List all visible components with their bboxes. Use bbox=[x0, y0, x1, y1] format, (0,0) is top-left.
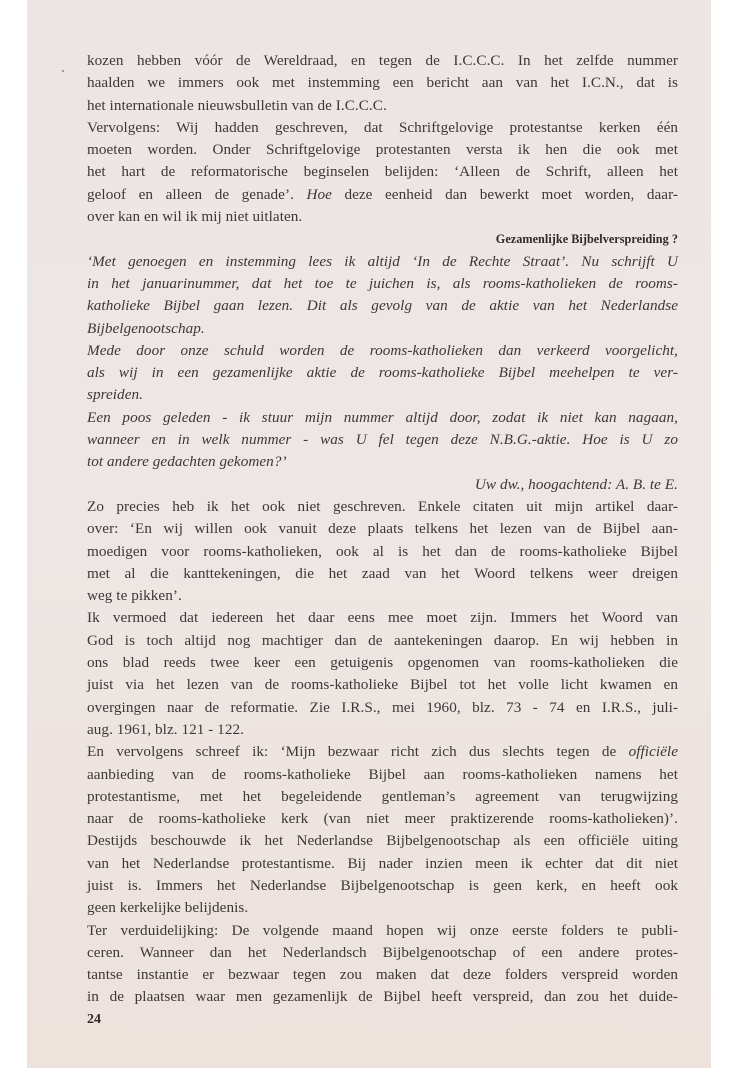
paragraph: kozen hebben vóór de Wereldraad, en tege… bbox=[87, 50, 678, 117]
text-line: aanbieding van de rooms-katholieke Bijbe… bbox=[87, 764, 678, 786]
text-line: ‘Met genoegen en instemming lees ik alti… bbox=[87, 251, 678, 273]
emphasis: Hoe bbox=[306, 186, 331, 203]
page-body: kozen hebben vóór de Wereldraad, en tege… bbox=[87, 50, 678, 1031]
paragraph: ‘Met genoegen en instemming lees ik alti… bbox=[87, 251, 678, 340]
text-line: van het Nederlandse protestantisme. Bij … bbox=[87, 853, 678, 875]
text-line: geloof en alleen de genade’. Hoe deze ee… bbox=[87, 184, 678, 206]
text-line: protestantisme, met het begeleidende gen… bbox=[87, 786, 678, 808]
text-line: haalden we immers ook met instemming een… bbox=[87, 72, 678, 94]
text-line: weg te pikken’. bbox=[87, 585, 678, 607]
text-line: kozen hebben vóór de Wereldraad, en tege… bbox=[87, 50, 678, 72]
text-line: overgingen naar de reformatie. Zie I.R.S… bbox=[87, 697, 678, 719]
text-line: Mede door onze schuld worden de rooms-ka… bbox=[87, 340, 678, 362]
paragraph: Een poos geleden - ik stuur mijn nummer … bbox=[87, 407, 678, 474]
text-line: spreiden. bbox=[87, 384, 678, 406]
editor-reply: Zo precies heb ik het ook niet geschreve… bbox=[87, 496, 678, 1009]
text-line: over kan en wil ik mij niet uitlaten. bbox=[87, 206, 678, 228]
text-line: ceren. Wanneer dan het Nederlandsch Bijb… bbox=[87, 942, 678, 964]
text-line: als wij in een gezamenlijke aktie de roo… bbox=[87, 362, 678, 384]
text-line: tantse instantie er bezwaar tegen zou ma… bbox=[87, 964, 678, 986]
text-line: ons blad reeds twee keer een getuigenis … bbox=[87, 652, 678, 674]
text-line: juist is. Immers het Nederlandse Bijbelg… bbox=[87, 875, 678, 897]
text-line: En vervolgens schreef ik: ‘Mijn bezwaar … bbox=[87, 741, 678, 763]
text-line: het internationale nieuwsbulletin van de… bbox=[87, 95, 678, 117]
text-line: Bijbelgenootschap. bbox=[87, 318, 678, 340]
text-line: Vervolgens: Wij hadden geschreven, dat S… bbox=[87, 117, 678, 139]
intro-paragraphs: kozen hebben vóór de Wereldraad, en tege… bbox=[87, 50, 678, 228]
text-line: Een poos geleden - ik stuur mijn nummer … bbox=[87, 407, 678, 429]
text-line: over: ‘En wij willen ook vanuit deze pla… bbox=[87, 518, 678, 540]
text-line: wanneer en in welk nummer - was U fel te… bbox=[87, 429, 678, 451]
text-line: het hart de reformatorische beginselen b… bbox=[87, 161, 678, 183]
paragraph: Zo precies heb ik het ook niet geschreve… bbox=[87, 496, 678, 607]
text-line: aug. 1961, blz. 121 - 122. bbox=[87, 719, 678, 741]
paragraph: Ter verduidelijking: De volgende maand h… bbox=[87, 920, 678, 1009]
text-line: juist via het lezen van de rooms-katholi… bbox=[87, 674, 678, 696]
text-line: in de plaatsen waar men gezamenlijk de B… bbox=[87, 986, 678, 1008]
paragraph: Ik vermoed dat iedereen het daar eens me… bbox=[87, 607, 678, 741]
text-line: Ik vermoed dat iedereen het daar eens me… bbox=[87, 607, 678, 629]
reader-letter: ‘Met genoegen en instemming lees ik alti… bbox=[87, 251, 678, 474]
text-line: God is toch altijd nog machtiger dan de … bbox=[87, 630, 678, 652]
text-line: katholieke Bijbel gaan lezen. Dit als ge… bbox=[87, 295, 678, 317]
text-line: moeten worden. Onder Schriftgelovige pro… bbox=[87, 139, 678, 161]
text-line: Destijds beschouwde ik het Nederlandse B… bbox=[87, 830, 678, 852]
text-line: Ter verduidelijking: De volgende maand h… bbox=[87, 920, 678, 942]
section-heading: Gezamenlijke Bijbelverspreiding ? bbox=[87, 228, 678, 250]
text-line: tot andere gedachten gekomen?’ bbox=[87, 451, 678, 473]
text-line: moedigen voor rooms-katholieken, ook al … bbox=[87, 541, 678, 563]
paragraph: Mede door onze schuld worden de rooms-ka… bbox=[87, 340, 678, 407]
paragraph: En vervolgens schreef ik: ‘Mijn bezwaar … bbox=[87, 741, 678, 919]
page-number: 24 bbox=[87, 1009, 678, 1031]
text-line: in het januarinummer, dat het toe te jui… bbox=[87, 273, 678, 295]
paper-speck bbox=[62, 70, 64, 72]
text-line: Zo precies heb ik het ook niet geschreve… bbox=[87, 496, 678, 518]
text-line: met al die kanttekeningen, die het zaad … bbox=[87, 563, 678, 585]
emphasis: officiële bbox=[629, 743, 678, 760]
paragraph: Vervolgens: Wij hadden geschreven, dat S… bbox=[87, 117, 678, 228]
letter-signature: Uw dw., hoogachtend: A. B. te E. bbox=[87, 474, 678, 496]
text-line: geen kerkelijke belijdenis. bbox=[87, 897, 678, 919]
text-line: naar de rooms-katholieke kerk (van niet … bbox=[87, 808, 678, 830]
